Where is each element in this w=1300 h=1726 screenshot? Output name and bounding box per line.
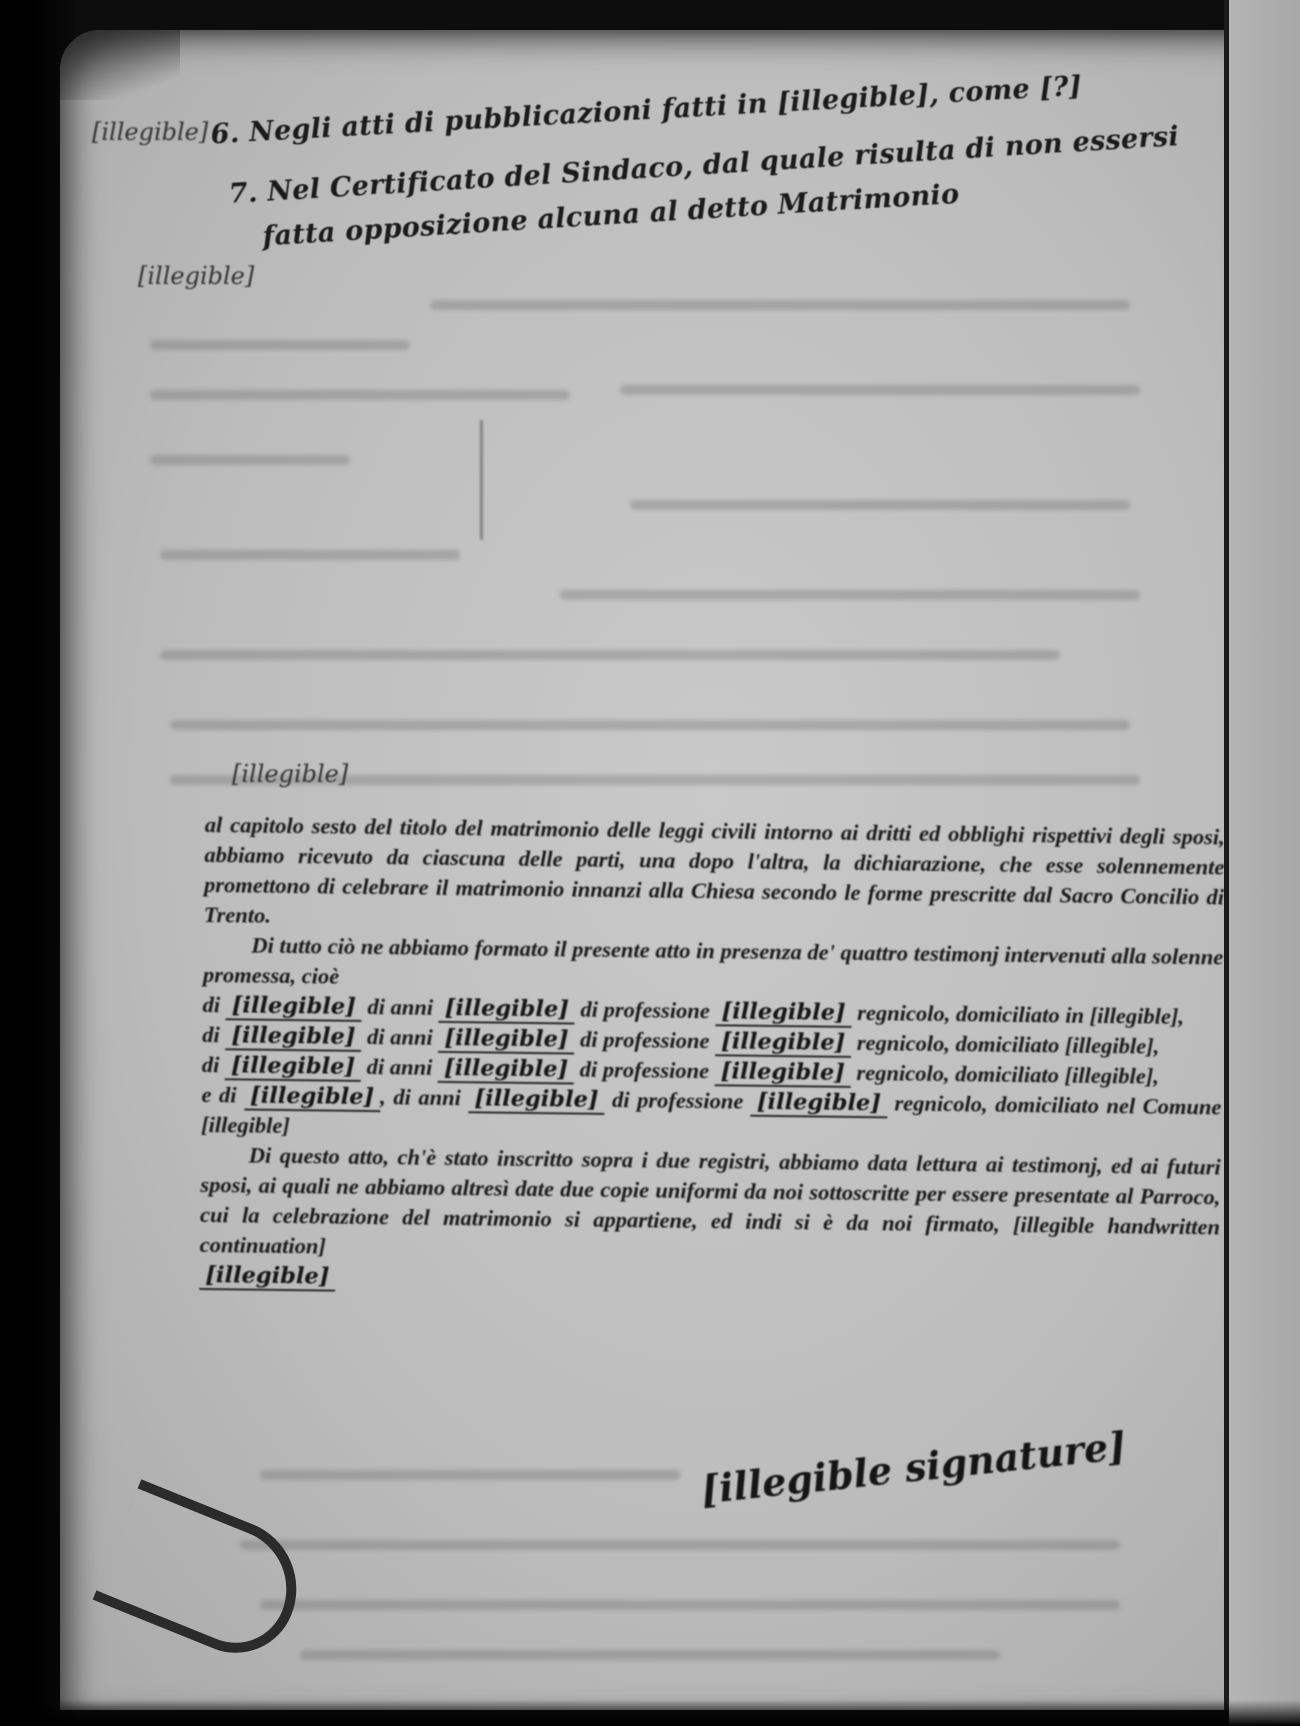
bleed-through-line xyxy=(630,500,1130,510)
bleed-through-line xyxy=(150,390,570,400)
bleed-through-line xyxy=(240,1540,1120,1550)
bleed-through-line xyxy=(560,590,1140,600)
bleed-through-line xyxy=(260,1600,1120,1610)
bleed-through-line xyxy=(170,720,1130,730)
witness-profession: [illegible] xyxy=(715,998,851,1028)
witness-profession: [illegible] xyxy=(715,1028,851,1058)
bleed-through-line xyxy=(300,1650,1000,1660)
adjacent-page-edge xyxy=(1229,0,1300,1726)
printed-form-body: al capitolo sesto del titolo del matrimo… xyxy=(199,810,1225,1302)
witness-age: [illegible] xyxy=(438,1055,574,1085)
margin-mark: [illegible] xyxy=(92,118,208,146)
witness-name: [illegible] xyxy=(225,1022,361,1052)
margin-mark: [illegible] xyxy=(138,262,254,290)
witness-age: [illegible] xyxy=(439,995,575,1025)
witness-profession: [illegible] xyxy=(751,1089,887,1119)
witness-name: [illegible] xyxy=(225,1052,361,1082)
witness-name: [illegible] xyxy=(244,1082,380,1112)
bleed-through-stroke xyxy=(480,420,483,540)
witness-age: [illegible] xyxy=(468,1085,604,1115)
item-number: 6. xyxy=(210,118,240,151)
bleed-through-line xyxy=(160,650,1060,660)
scanned-page: [illegible] [illegible] [illegible] 6. N… xyxy=(0,0,1300,1726)
page-corner-fold xyxy=(60,30,180,100)
bottom-shadow xyxy=(0,1700,1300,1726)
witness-age: [illegible] xyxy=(438,1025,574,1055)
bleed-through-line xyxy=(430,300,1130,310)
bleed-through-line xyxy=(160,550,460,560)
page-edge-line xyxy=(1224,0,1229,1710)
witness-profession: [illegible] xyxy=(715,1058,851,1088)
bleed-through-line xyxy=(260,1470,680,1480)
item-number: 7. xyxy=(228,177,259,210)
margin-mark: [illegible] xyxy=(232,760,348,788)
bleed-through-line xyxy=(620,385,1140,395)
bleed-through-line xyxy=(150,340,410,350)
declaration-paragraph: al capitolo sesto del titolo del matrimo… xyxy=(204,810,1225,942)
bleed-through-line xyxy=(150,455,350,465)
witness-name: [illegible] xyxy=(226,992,362,1022)
closing-paragraph: Di questo atto, ch'è stato inscritto sop… xyxy=(200,1140,1221,1272)
